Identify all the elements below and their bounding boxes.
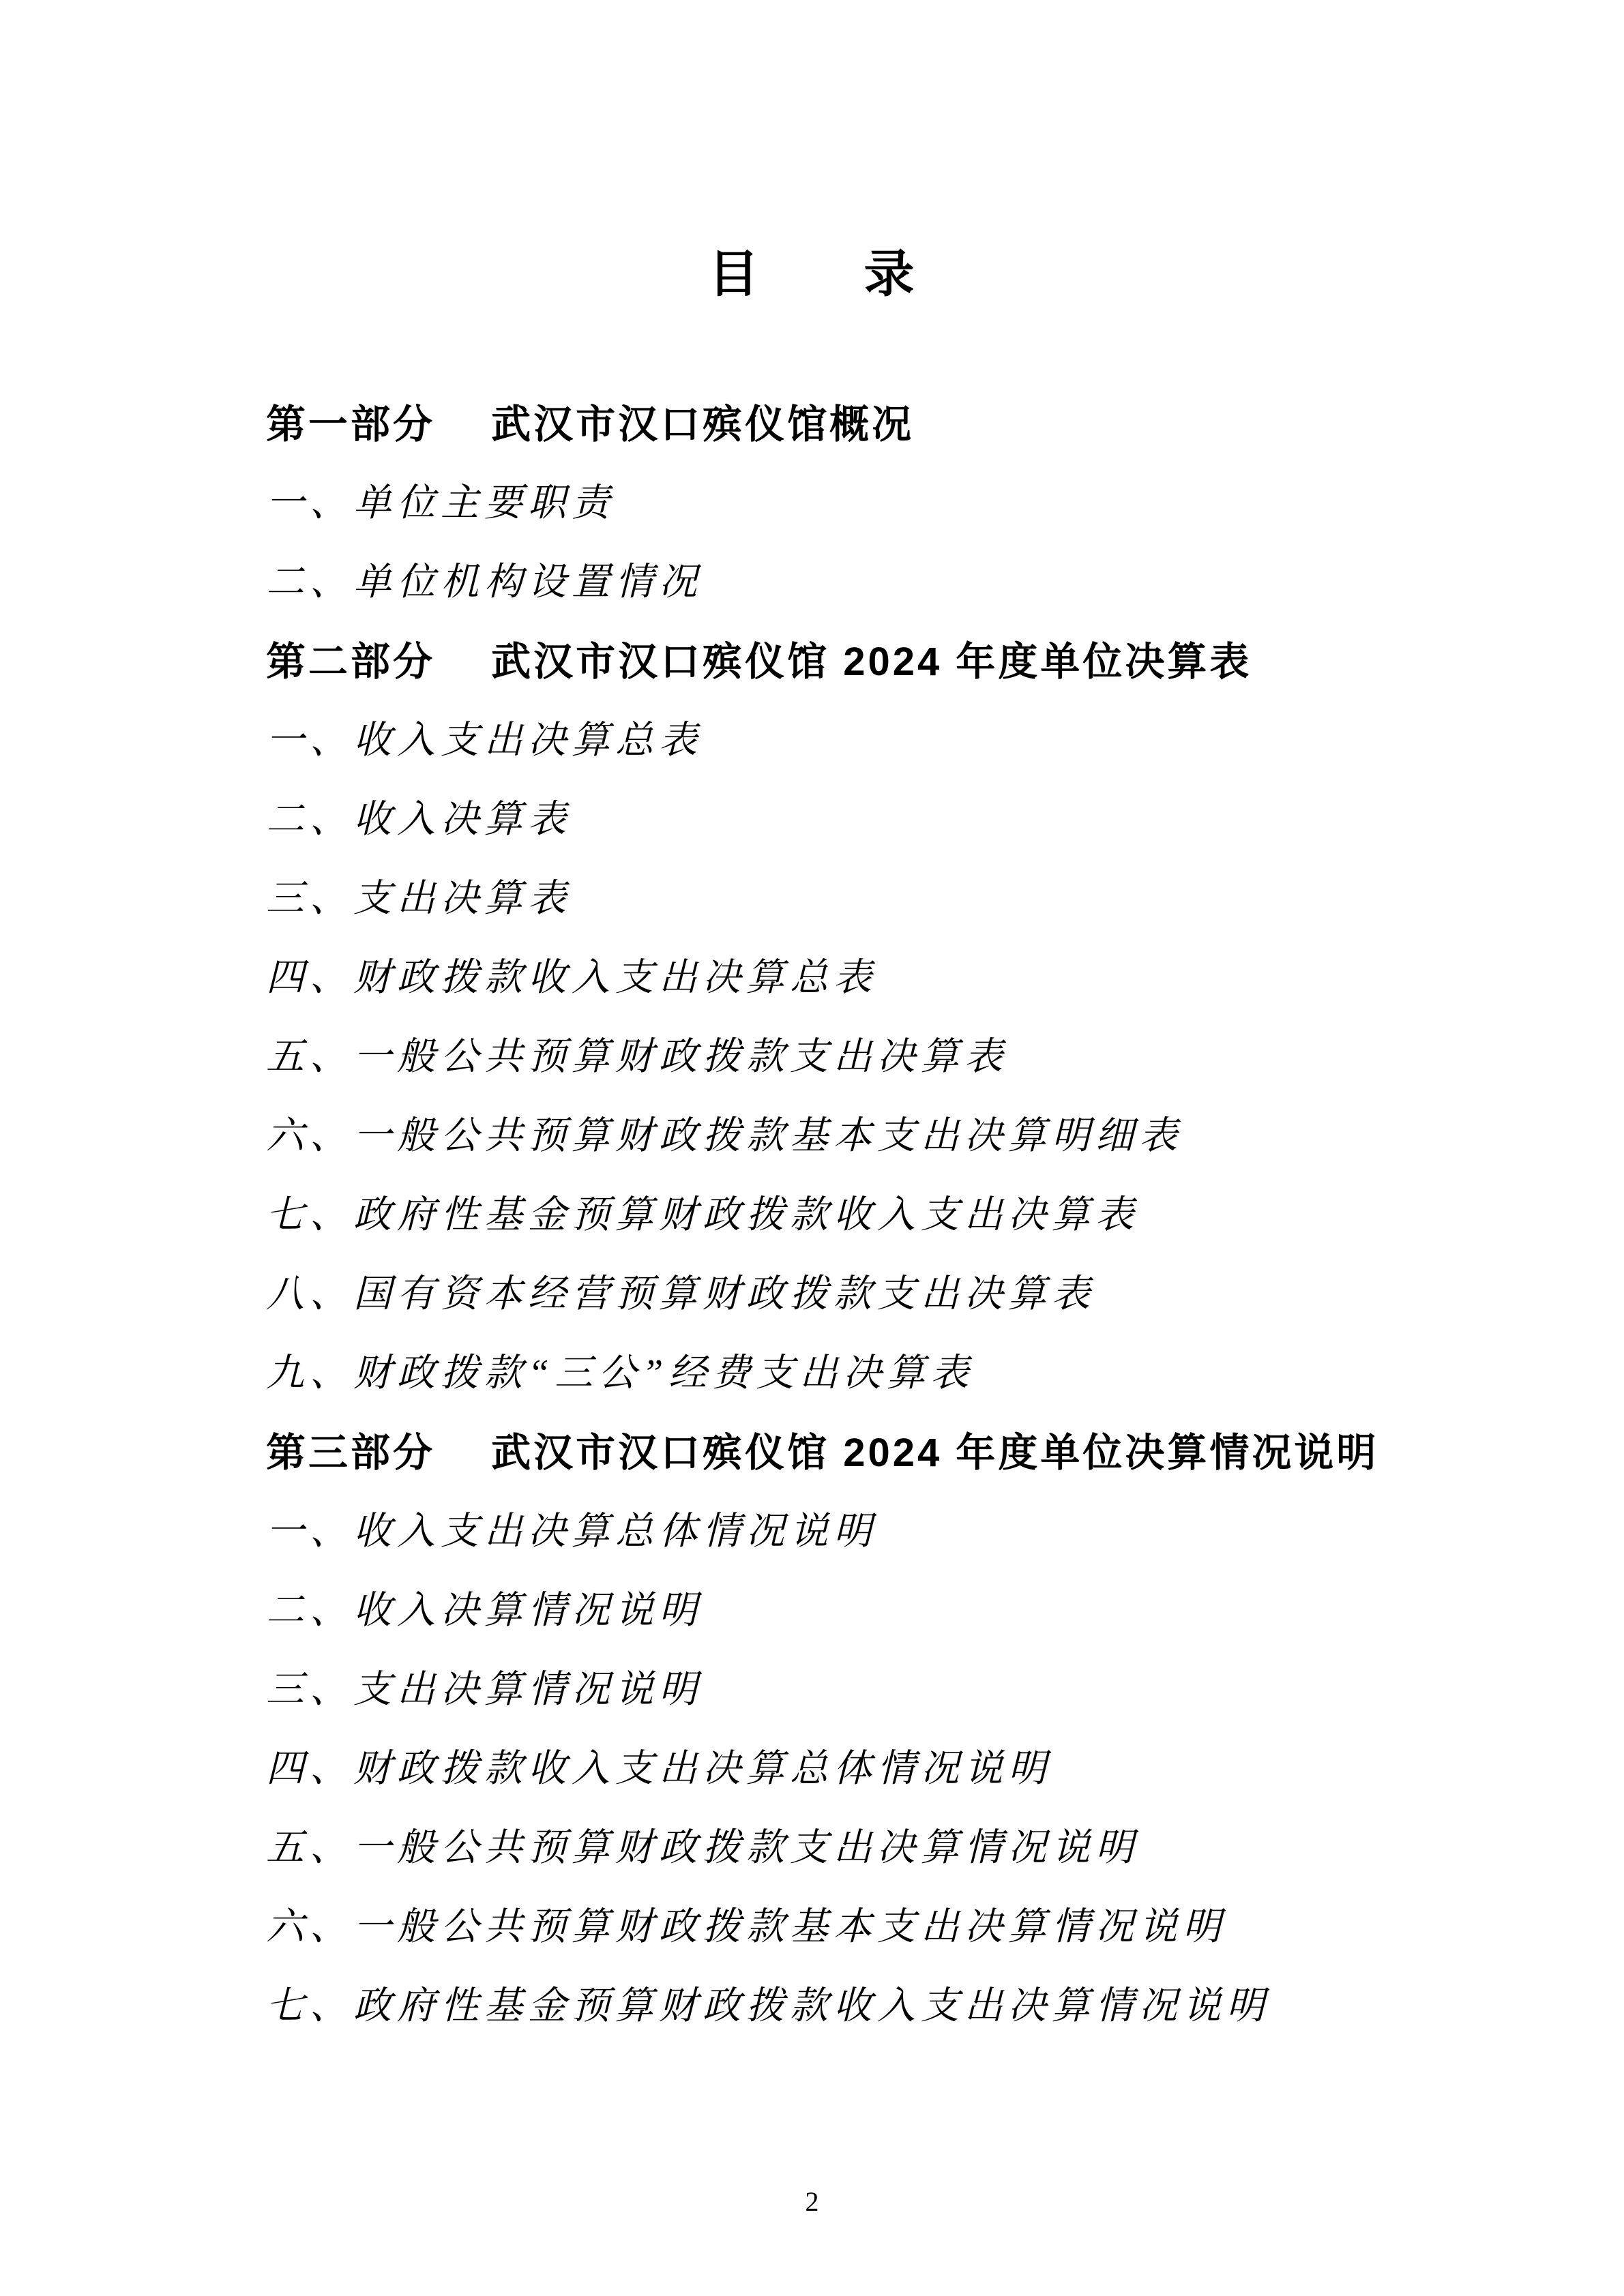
- toc-item: 一、收入支出决算总表: [266, 698, 1542, 777]
- toc-item: 七、政府性基金预算财政拨款收入支出决算表: [266, 1172, 1542, 1251]
- toc-section-heading-part1: 第一部分 武汉市汉口殡仪馆概况: [266, 381, 1542, 460]
- toc-item: 二、收入决算表: [266, 777, 1542, 856]
- toc-item: 六、一般公共预算财政拨款基本支出决算情况说明: [266, 1884, 1542, 1963]
- toc-item: 八、国有资本经营预算财政拨款支出决算表: [266, 1251, 1542, 1330]
- toc-item: 七、政府性基金预算财政拨款收入支出决算情况说明: [266, 1963, 1542, 2042]
- toc-item: 五、一般公共预算财政拨款支出决算情况说明: [266, 1805, 1542, 1884]
- toc-item: 三、支出决算表: [266, 856, 1542, 935]
- toc-item: 四、财政拨款收入支出决算总体情况说明: [266, 1726, 1542, 1805]
- toc-item: 六、一般公共预算财政拨款基本支出决算明细表: [266, 1093, 1542, 1172]
- toc-item: 一、收入支出决算总体情况说明: [266, 1489, 1542, 1568]
- toc-item: 五、一般公共预算财政拨款支出决算表: [266, 1014, 1542, 1093]
- document-page: 目 录 第一部分 武汉市汉口殡仪馆概况 一、单位主要职责 二、单位机构设置情况 …: [0, 0, 1624, 2296]
- table-of-contents: 第一部分 武汉市汉口殡仪馆概况 一、单位主要职责 二、单位机构设置情况 第二部分…: [0, 381, 1624, 2042]
- toc-section-heading-part2: 第二部分 武汉市汉口殡仪馆 2024 年度单位决算表: [266, 618, 1542, 698]
- toc-item: 九、财政拨款“三公”经费支出决算表: [266, 1330, 1542, 1410]
- document-title: 目 录: [0, 247, 1624, 301]
- toc-item: 三、支出决算情况说明: [266, 1647, 1542, 1726]
- page-number: 2: [0, 2184, 1624, 2220]
- toc-item: 二、收入决算情况说明: [266, 1568, 1542, 1647]
- toc-item: 二、单位机构设置情况: [266, 539, 1542, 618]
- toc-item: 四、财政拨款收入支出决算总表: [266, 935, 1542, 1014]
- toc-section-heading-part3: 第三部分 武汉市汉口殡仪馆 2024 年度单位决算情况说明: [266, 1410, 1542, 1489]
- toc-item: 一、单位主要职责: [266, 460, 1542, 539]
